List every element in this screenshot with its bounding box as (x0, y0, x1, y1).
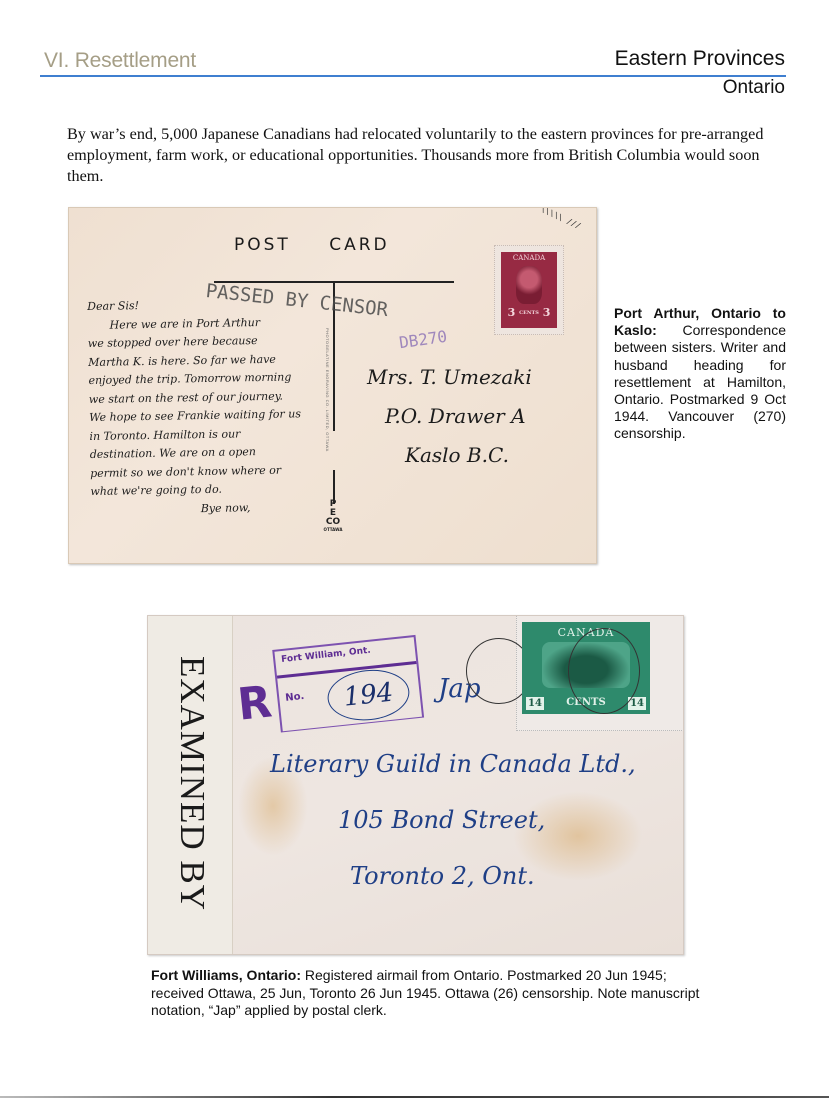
caption-heading: Fort Williams, Ontario: (151, 967, 301, 983)
envelope-caption: Fort Williams, Ontario: Registered airma… (151, 967, 711, 1020)
region-title: Eastern Provinces (615, 47, 785, 71)
censor-number: DB270 (398, 327, 448, 353)
address-line: P.O. Drawer A (367, 397, 567, 436)
peco-logo: P E CO OTTAWA (313, 500, 353, 538)
registration-no-label: No. (285, 691, 305, 704)
postcard-title: POST CARD (234, 235, 390, 255)
subregion-title: Ontario (723, 77, 785, 99)
section-title: VI. Resettlement (44, 49, 196, 73)
registration-handstamp: R Fort William, Ont. No. 194 (232, 628, 430, 737)
king-portrait-icon (516, 266, 542, 304)
page-bottom-edge (0, 1096, 829, 1098)
address-line: Kaslo B.C. (367, 436, 567, 475)
address-line: Literary Guild in Canada Ltd., (270, 736, 670, 792)
address-line: Mrs. T. Umezaki (367, 358, 567, 397)
printer-imprint: PHOTOGELATINE ENGRAVING CO. LIMITED, OTT… (325, 328, 330, 452)
handwritten-message: Dear Sis! Here we are in Port Arthur we … (87, 294, 321, 520)
postmark-circle-stamp (568, 628, 640, 714)
envelope-address: Literary Guild in Canada Ltd., 105 Bond … (270, 736, 670, 904)
address-line: Toronto 2, Ont. (270, 848, 670, 904)
censor-tape-text: EXAMINED BY (172, 656, 212, 911)
caption-body: Correspondence between sisters. Writer a… (614, 322, 786, 441)
censor-tape: EXAMINED BY (148, 616, 233, 954)
intro-paragraph: By war’s end, 5,000 Japanese Canadians h… (67, 124, 797, 187)
registration-number: 194 (325, 666, 412, 724)
envelope-image: EXAMINED BY R Fort William, Ont. No. 194… (147, 615, 684, 955)
postcard-image: POST CARD PHOTOGELATINE ENGRAVING CO. LI… (68, 207, 597, 564)
postmark-cancel: \\\\\ /// (539, 207, 582, 231)
header-divider (40, 75, 786, 77)
registration-office: Fort William, Ont. (281, 646, 371, 665)
registration-letter: R (235, 676, 274, 730)
postage-stamp-3-cents: CANADA 3 CENTS 3 (494, 245, 564, 335)
address-line: 105 Bond Street, (270, 792, 670, 848)
postcard-caption: Port Arthur, Ontario to Kaslo: Correspon… (614, 305, 786, 443)
postcard-address: Mrs. T. Umezaki P.O. Drawer A Kaslo B.C. (367, 358, 567, 475)
